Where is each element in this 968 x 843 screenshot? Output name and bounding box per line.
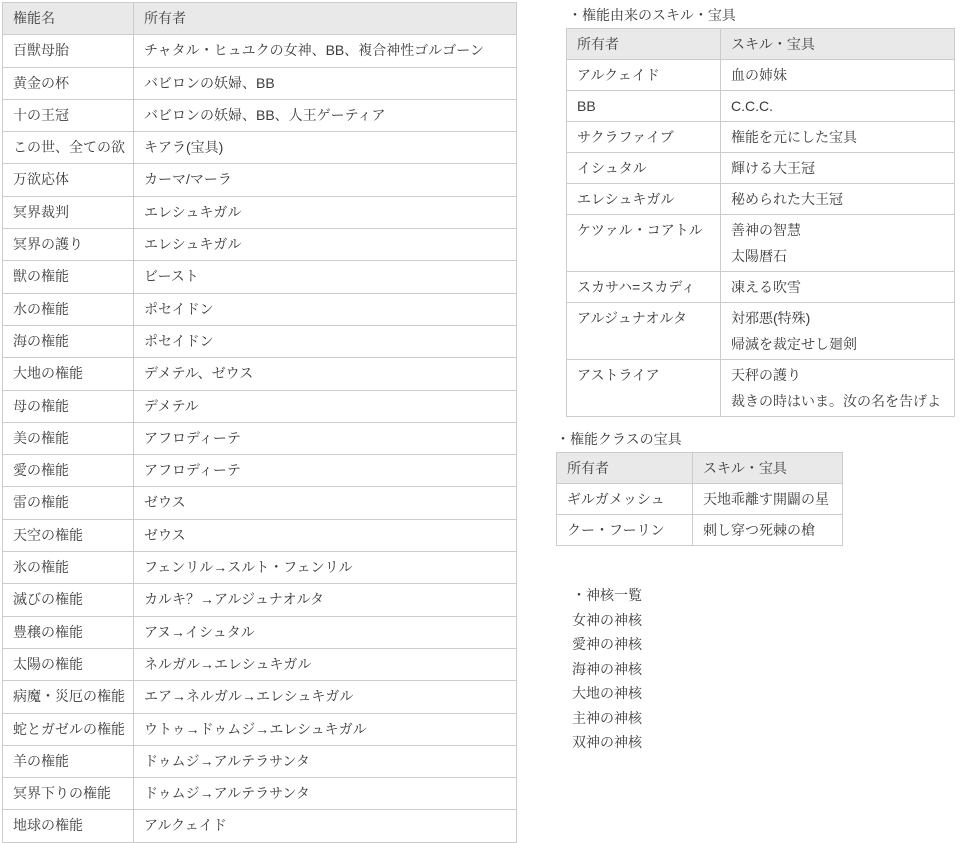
- table-cell: 地球の権能: [3, 810, 134, 842]
- divine-core-item: 海神の神核: [572, 657, 642, 682]
- section-title-authority-class: ・権能クラスの宝具: [556, 429, 682, 449]
- table-cell: 病魔・災厄の権能: [3, 681, 134, 713]
- table-cell: 百獣母胎: [3, 35, 134, 67]
- cell-line: C.C.C.: [731, 93, 944, 119]
- table-cell: エレシュキガル: [134, 196, 517, 228]
- header-row: 権能名所有者: [3, 3, 517, 35]
- table-row: ケツァル・コアトル善神の智慧太陽暦石: [567, 215, 955, 272]
- table-row: ギルガメッシュ天地乖離す開闢の星: [557, 484, 843, 515]
- table-cell: アルクェイド: [134, 810, 517, 842]
- authority-owners-table: 権能名所有者百獣母胎チャタル・ヒュユクの女神、BB、複合神性ゴルゴーン黄金の杯バ…: [2, 2, 517, 843]
- table-row: 氷の権能フェンリル→スルト・フェンリル: [3, 552, 517, 584]
- table-cell: 天空の権能: [3, 519, 134, 551]
- table-row: 獣の権能ビースト: [3, 261, 517, 293]
- divine-core-item: 女神の神核: [572, 608, 642, 633]
- table-row: アルジュナオルタ対邪悪(特殊)帰滅を裁定せし廻剣: [567, 303, 955, 360]
- table-row: BBC.C.C.: [567, 91, 955, 122]
- table-cell: 母の権能: [3, 390, 134, 422]
- table-cell: 太陽の権能: [3, 648, 134, 680]
- table-cell: ウトゥ→ドゥムジ→エレシュキガル: [134, 713, 517, 745]
- table-row: 冥界の護りエレシュキガル: [3, 229, 517, 261]
- table-row: 水の権能ポセイドン: [3, 293, 517, 325]
- table-cell: 万欲応体: [3, 164, 134, 196]
- table-cell: ゼウス: [134, 487, 517, 519]
- table-cell: 対邪悪(特殊)帰滅を裁定せし廻剣: [721, 303, 955, 360]
- table-row: 黄金の杯バビロンの妖婦、BB: [3, 67, 517, 99]
- table-cell: 秘められた大王冠: [721, 184, 955, 215]
- table-cell: ゼウス: [134, 519, 517, 551]
- header-row: 所有者スキル・宝具: [567, 29, 955, 60]
- table-cell: ネルガル→エレシュキガル: [134, 648, 517, 680]
- cell-line: 対邪悪(特殊): [731, 305, 944, 331]
- table-cell: この世、全ての欲: [3, 132, 134, 164]
- table-cell: カルキ？→アルジュナオルタ: [134, 584, 517, 616]
- table-cell: 愛の権能: [3, 455, 134, 487]
- table-cell: 水の権能: [3, 293, 134, 325]
- table-cell: 海の権能: [3, 325, 134, 357]
- column-header: 所有者: [134, 3, 517, 35]
- table-row: 雷の権能ゼウス: [3, 487, 517, 519]
- table-cell: ポセイドン: [134, 293, 517, 325]
- table-cell: 美の権能: [3, 422, 134, 454]
- table-cell: ビースト: [134, 261, 517, 293]
- table-cell: 天地乖離す開闢の星: [693, 484, 843, 515]
- cell-line: 血の姉妹: [731, 62, 944, 88]
- table-cell: エア→ネルガル→エレシュキガル: [134, 681, 517, 713]
- table-cell: ギルガメッシュ: [557, 484, 693, 515]
- table-row: 愛の権能アフロディーテ: [3, 455, 517, 487]
- table-row: 海の権能ポセイドン: [3, 325, 517, 357]
- table-row: 美の権能アフロディーテ: [3, 422, 517, 454]
- table-cell: 天秤の護り裁きの時はいま。汝の名を告げよ: [721, 360, 955, 417]
- table-cell: デメテル、ゼウス: [134, 358, 517, 390]
- cell-line: 輝ける大王冠: [731, 155, 944, 181]
- table-cell: 冥界裁判: [3, 196, 134, 228]
- table-row: この世、全ての欲キアラ(宝具): [3, 132, 517, 164]
- table-cell: デメテル: [134, 390, 517, 422]
- table-row: アルクェイド血の姉妹: [567, 60, 955, 91]
- table-row: 病魔・災厄の権能エア→ネルガル→エレシュキガル: [3, 681, 517, 713]
- table-cell: 氷の権能: [3, 552, 134, 584]
- table-cell: アヌ→イシュタル: [134, 616, 517, 648]
- column-header: スキル・宝具: [693, 453, 843, 484]
- table-row: エレシュキガル秘められた大王冠: [567, 184, 955, 215]
- table-row: 大地の権能デメテル、ゼウス: [3, 358, 517, 390]
- table-row: サクラファイブ権能を元にした宝具: [567, 122, 955, 153]
- header-row: 所有者スキル・宝具: [557, 453, 843, 484]
- table-cell: アルクェイド: [567, 60, 721, 91]
- section-title-authority-skills: ・権能由来のスキル・宝具: [568, 5, 736, 25]
- table-cell: 雷の権能: [3, 487, 134, 519]
- table-cell: カーマ/マーラ: [134, 164, 517, 196]
- table-row: スカサハ=スカディ凍える吹雪: [567, 272, 955, 303]
- divine-core-item: 主神の神核: [572, 706, 642, 731]
- table-cell: ポセイドン: [134, 325, 517, 357]
- table-row: 冥界下りの権能ドゥムジ→アルテラサンタ: [3, 778, 517, 810]
- table-cell: 豊穣の権能: [3, 616, 134, 648]
- column-header: 権能名: [3, 3, 134, 35]
- table-cell: BB: [567, 91, 721, 122]
- table-cell: 大地の権能: [3, 358, 134, 390]
- column-header: スキル・宝具: [721, 29, 955, 60]
- table-row: イシュタル輝ける大王冠: [567, 153, 955, 184]
- table-cell: 権能を元にした宝具: [721, 122, 955, 153]
- divine-core-item: 愛神の神核: [572, 632, 642, 657]
- cell-line: 善神の智慧: [731, 217, 944, 243]
- table-cell: ドゥムジ→アルテラサンタ: [134, 778, 517, 810]
- cell-line: 権能を元にした宝具: [731, 124, 944, 150]
- divine-core-item: 双神の神核: [572, 730, 642, 755]
- table-cell: アフロディーテ: [134, 455, 517, 487]
- table-cell: 凍える吹雪: [721, 272, 955, 303]
- table-row: クー・フーリン刺し穿つ死棘の槍: [557, 515, 843, 546]
- table-row: 母の権能デメテル: [3, 390, 517, 422]
- table-cell: 十の王冠: [3, 99, 134, 131]
- table-cell: 冥界の護り: [3, 229, 134, 261]
- table-cell: スカサハ=スカディ: [567, 272, 721, 303]
- table-cell: ドゥムジ→アルテラサンタ: [134, 745, 517, 777]
- table-row: 羊の権能ドゥムジ→アルテラサンタ: [3, 745, 517, 777]
- table-cell: 刺し穿つ死棘の槍: [693, 515, 843, 546]
- table-cell: キアラ(宝具): [134, 132, 517, 164]
- table-cell: イシュタル: [567, 153, 721, 184]
- cell-line: 刺し穿つ死棘の槍: [703, 517, 832, 543]
- table-cell: アストライア: [567, 360, 721, 417]
- table-row: アストライア天秤の護り裁きの時はいま。汝の名を告げよ: [567, 360, 955, 417]
- table-cell: フェンリル→スルト・フェンリル: [134, 552, 517, 584]
- table-row: 冥界裁判エレシュキガル: [3, 196, 517, 228]
- divine-core-section: ・神核一覧 女神の神核愛神の神核海神の神核大地の神核主神の神核双神の神核: [572, 583, 642, 755]
- cell-line: 裁きの時はいま。汝の名を告げよ: [731, 388, 944, 414]
- cell-line: 帰滅を裁定せし廻剣: [731, 331, 944, 357]
- table-cell: 善神の智慧太陽暦石: [721, 215, 955, 272]
- column-header: 所有者: [567, 29, 721, 60]
- authority-skills-table: 所有者スキル・宝具アルクェイド血の姉妹BBC.C.C.サクラファイブ権能を元にし…: [566, 28, 955, 417]
- table-cell: エレシュキガル: [134, 229, 517, 261]
- table-cell: 黄金の杯: [3, 67, 134, 99]
- cell-line: 太陽暦石: [731, 243, 944, 269]
- table-row: 太陽の権能ネルガル→エレシュキガル: [3, 648, 517, 680]
- table-cell: アフロディーテ: [134, 422, 517, 454]
- table-cell: 輝ける大王冠: [721, 153, 955, 184]
- table-cell: 冥界下りの権能: [3, 778, 134, 810]
- table-cell: エレシュキガル: [567, 184, 721, 215]
- table-row: 天空の権能ゼウス: [3, 519, 517, 551]
- cell-line: 天秤の護り: [731, 362, 944, 388]
- table-row: 十の王冠バビロンの妖婦、BB、人王ゲーティア: [3, 99, 517, 131]
- table-cell: 滅びの権能: [3, 584, 134, 616]
- section-title-divine-cores: ・神核一覧: [572, 583, 642, 608]
- table-cell: サクラファイブ: [567, 122, 721, 153]
- table-row: 地球の権能アルクェイド: [3, 810, 517, 842]
- table-cell: 蛇とガゼルの権能: [3, 713, 134, 745]
- table-row: 蛇とガゼルの権能ウトゥ→ドゥムジ→エレシュキガル: [3, 713, 517, 745]
- table-cell: チャタル・ヒュユクの女神、BB、複合神性ゴルゴーン: [134, 35, 517, 67]
- divine-core-item: 大地の神核: [572, 681, 642, 706]
- table-cell: バビロンの妖婦、BB: [134, 67, 517, 99]
- table-cell: 血の姉妹: [721, 60, 955, 91]
- cell-line: 天地乖離す開闢の星: [703, 486, 832, 512]
- table-row: 豊穣の権能アヌ→イシュタル: [3, 616, 517, 648]
- table-cell: 獣の権能: [3, 261, 134, 293]
- cell-line: 凍える吹雪: [731, 274, 944, 300]
- column-header: 所有者: [557, 453, 693, 484]
- divine-core-list: 女神の神核愛神の神核海神の神核大地の神核主神の神核双神の神核: [572, 608, 642, 755]
- table-cell: C.C.C.: [721, 91, 955, 122]
- authority-class-np-table: 所有者スキル・宝具ギルガメッシュ天地乖離す開闢の星クー・フーリン刺し穿つ死棘の槍: [556, 452, 843, 546]
- table-cell: ケツァル・コアトル: [567, 215, 721, 272]
- table-cell: アルジュナオルタ: [567, 303, 721, 360]
- table-row: 万欲応体カーマ/マーラ: [3, 164, 517, 196]
- table-cell: クー・フーリン: [557, 515, 693, 546]
- table-row: 百獣母胎チャタル・ヒュユクの女神、BB、複合神性ゴルゴーン: [3, 35, 517, 67]
- table-cell: バビロンの妖婦、BB、人王ゲーティア: [134, 99, 517, 131]
- cell-line: 秘められた大王冠: [731, 186, 944, 212]
- table-cell: 羊の権能: [3, 745, 134, 777]
- table-row: 滅びの権能カルキ？→アルジュナオルタ: [3, 584, 517, 616]
